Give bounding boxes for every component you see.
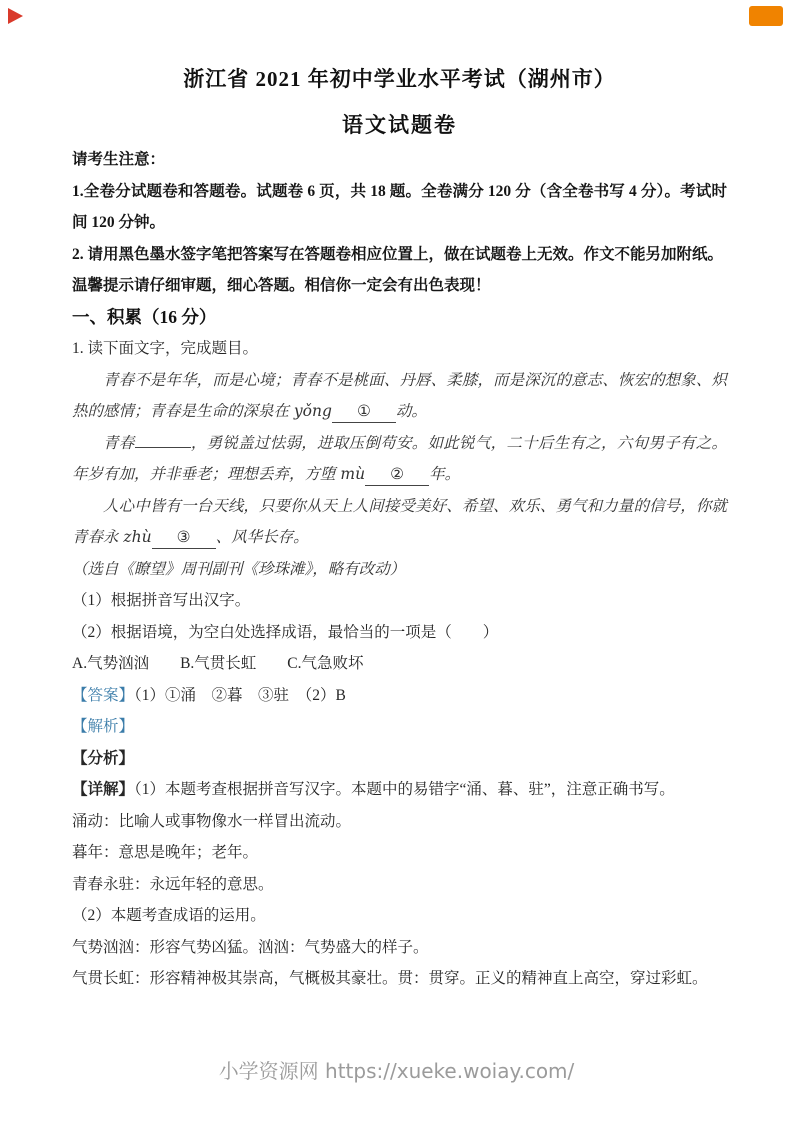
idiom-blank bbox=[135, 447, 191, 448]
answer-blank-1: ① bbox=[332, 400, 396, 423]
passage-text: 年。 bbox=[429, 465, 460, 483]
sub-question-2: （2）根据语境，为空白处选择成语，最恰当的一项是（ ） bbox=[72, 617, 727, 649]
sub-question-1: （1）根据拼音写出汉字。 bbox=[72, 585, 727, 617]
answer-blank-2: ② bbox=[365, 463, 429, 486]
notice-tip: 温馨提示请仔细审题，细心答题。相信你一定会有出色表现！ bbox=[72, 270, 727, 302]
analysis-heading: 【分析】 bbox=[72, 743, 727, 775]
answer-line: 【答案】（1）①涌 ②暮 ③驻 （2）B bbox=[72, 680, 727, 712]
document-subtitle: 语文试题卷 bbox=[72, 108, 727, 142]
detail-line: 【详解】（1）本题考查根据拼音写汉字。本题中的易错字“涌、暮、驻”，注意正确书写… bbox=[72, 774, 727, 806]
passage-paragraph-2: 青春，勇锐盖过怯弱，进取压倒苟安。如此锐气，二十后生有之，六旬男子有之。年岁有加… bbox=[72, 428, 727, 491]
answer-text: （1）①涌 ②暮 ③驻 （2）B bbox=[134, 687, 346, 704]
detail-label: 【详解】 bbox=[72, 781, 134, 798]
passage-paragraph-1: 青春不是年华，而是心境；青春不是桃面、丹唇、柔膝，而是深沉的意志、恢宏的想象、炽… bbox=[72, 365, 727, 428]
exam-document-page: 浙江省 2021 年初中学业水平考试（湖州市） 语文试题卷 请考生注意： 1.全… bbox=[0, 0, 793, 1122]
answer-label: 【答案】 bbox=[72, 687, 134, 704]
detail-text: （1）本题考查根据拼音写汉字。本题中的易错字“涌、暮、驻”，注意正确书写。 bbox=[134, 781, 675, 798]
passage-paragraph-3: 人心中皆有一台天线，只要你从天上人间接受美好、希望、欢乐、勇气和力量的信号，你就… bbox=[72, 491, 727, 554]
explain-note: 气贯长虹：形容精神极其崇高，气概极其豪壮。贯：贯穿。正义的精神直上高空，穿过彩虹… bbox=[72, 963, 727, 995]
orange-badge-icon bbox=[749, 6, 783, 26]
explain-note: 暮年：意思是晚年；老年。 bbox=[72, 837, 727, 869]
analysis-label: 【解析】 bbox=[72, 711, 727, 743]
passage-text: 动。 bbox=[396, 402, 427, 420]
explain-note: 涌动：比喻人或事物像水一样冒出流动。 bbox=[72, 806, 727, 838]
passage-text: 青春 bbox=[103, 434, 135, 452]
document-title: 浙江省 2021 年初中学业水平考试（湖州市） bbox=[72, 62, 727, 96]
explain-note: （2）本题考查成语的运用。 bbox=[72, 900, 727, 932]
passage-source: （选自《瞭望》周刊副刊《珍珠滩》，略有改动） bbox=[72, 554, 727, 586]
explain-note: 青春永驻：永远年轻的意思。 bbox=[72, 869, 727, 901]
document-body: 请考生注意： 1.全卷分试题卷和答题卷。试题卷 6 页，共 18 题。全卷满分 … bbox=[72, 144, 727, 995]
notice-item-1: 1.全卷分试题卷和答题卷。试题卷 6 页，共 18 题。全卷满分 120 分（含… bbox=[72, 176, 727, 239]
notice-heading: 请考生注意： bbox=[72, 144, 727, 176]
choice-options: A.气势汹汹 B.气贯长虹 C.气急败坏 bbox=[72, 648, 727, 680]
red-triangle-icon bbox=[8, 8, 23, 24]
watermark-text: 小学资源网 https://xueke.woiay.com/ bbox=[0, 1058, 793, 1084]
section-title: 一、积累（16 分） bbox=[72, 302, 727, 334]
explain-note: 气势汹汹：形容气势凶猛。汹汹：气势盛大的样子。 bbox=[72, 932, 727, 964]
notice-item-2: 2. 请用黑色墨水签字笔把答案写在答题卷相应位置上，做在试题卷上无效。作文不能另… bbox=[72, 239, 727, 271]
answer-blank-3: ③ bbox=[152, 526, 216, 549]
question-intro: 1. 读下面文字，完成题目。 bbox=[72, 333, 727, 365]
passage-text: 、风华长存。 bbox=[216, 528, 309, 546]
